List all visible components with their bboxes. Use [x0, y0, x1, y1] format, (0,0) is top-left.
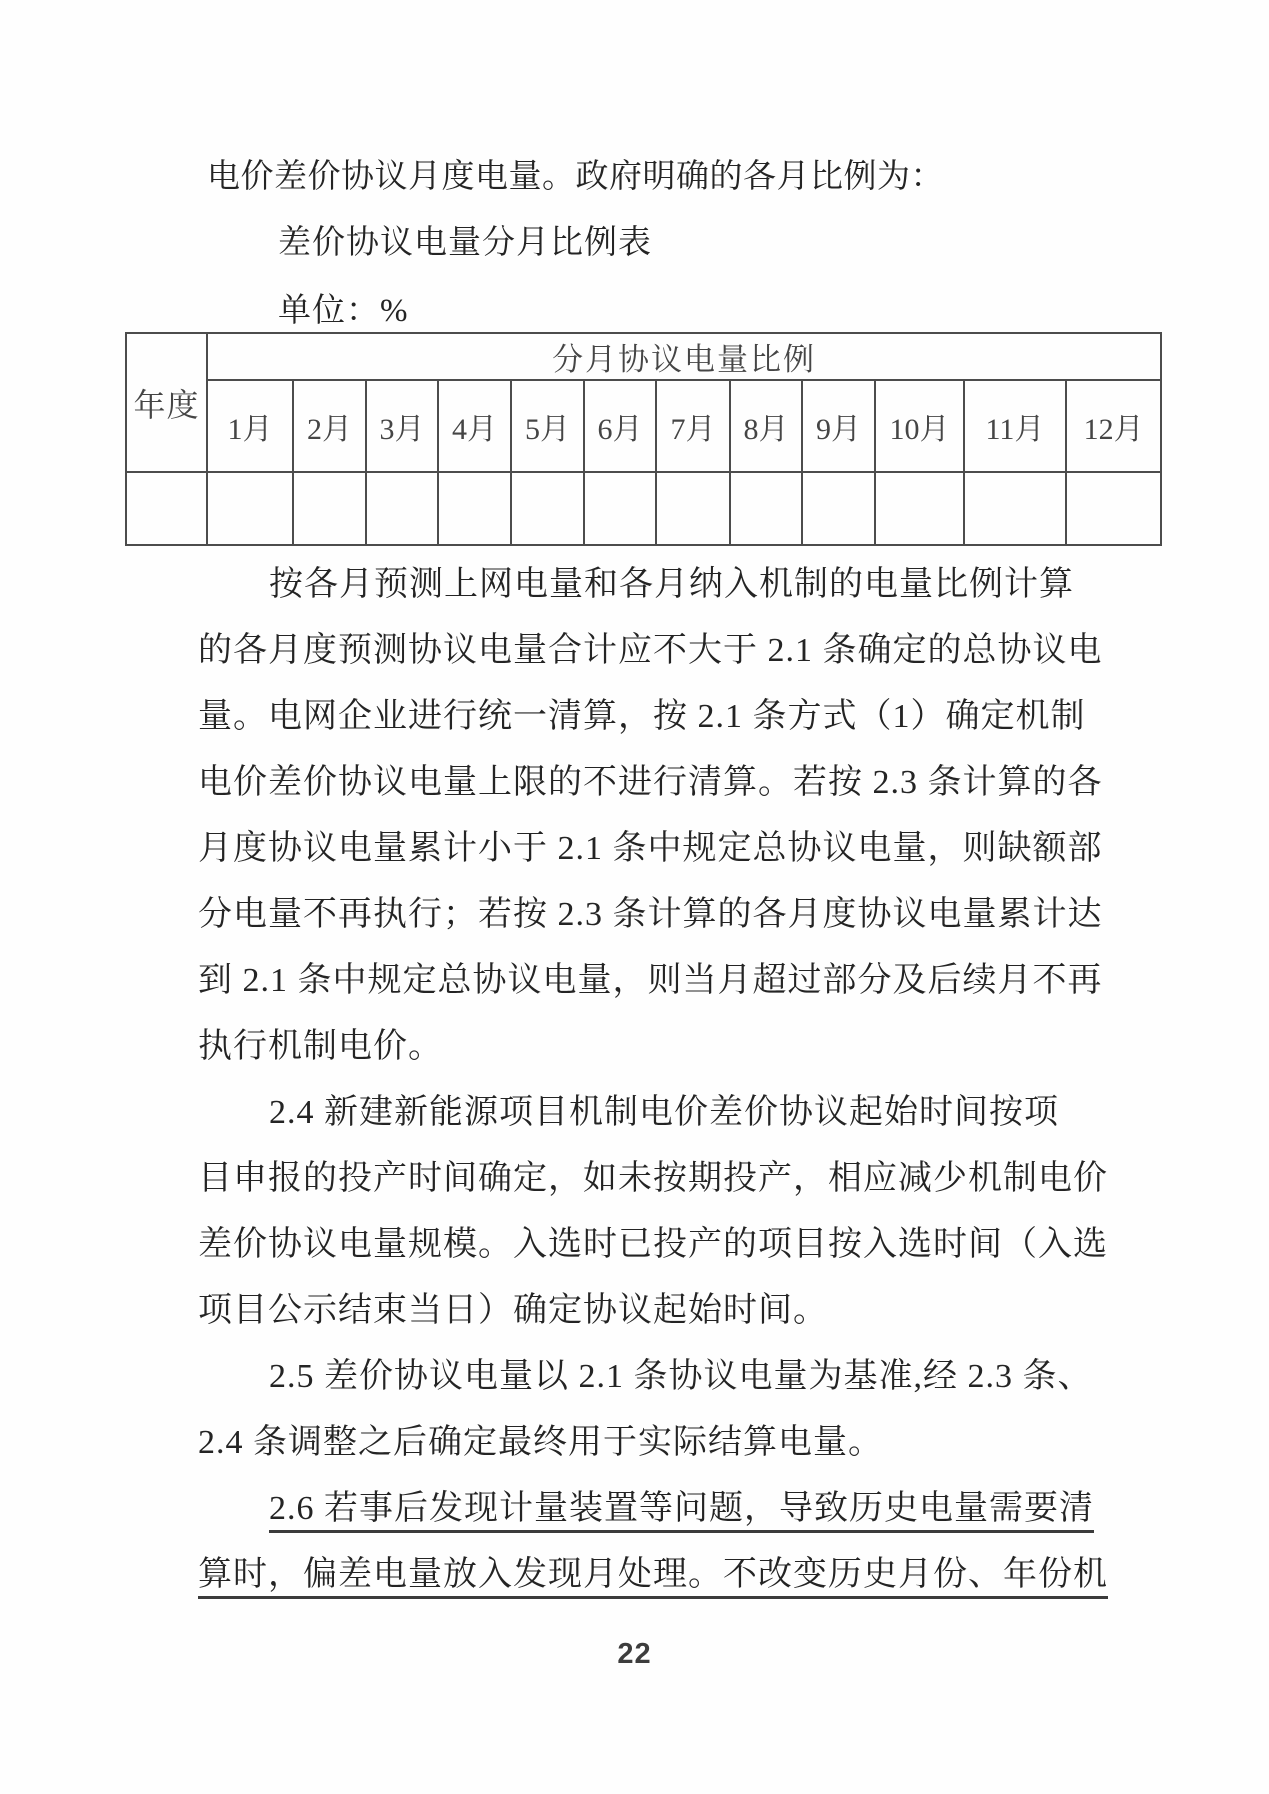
body-line: 月度协议电量累计小于 2.1 条中规定总协议电量，则缺额部 [198, 816, 1138, 882]
body-line: 的各月度预测协议电量合计应不大于 2.1 条确定的总协议电 [198, 618, 1138, 684]
monthly-ratio-table: 年度 分月协议电量比例 1月 2月 3月 4月 5月 6月 7月 8月 9月 1… [125, 332, 1162, 546]
empty-data-cell [207, 472, 293, 545]
table-title: 差价协议电量分月比例表 [278, 216, 652, 263]
body-line-section-2-6: 2.6 若事后发现计量装置等问题，导致历史电量需要清 [198, 1476, 1138, 1542]
month-header-cell: 11月 [964, 380, 1066, 472]
table-row: 年度 分月协议电量比例 [126, 333, 1161, 380]
empty-data-cell [1066, 472, 1161, 545]
empty-data-cell [656, 472, 730, 545]
month-header-cell: 4月 [438, 380, 511, 472]
empty-data-cell [875, 472, 964, 545]
empty-data-cell [126, 472, 207, 545]
empty-data-cell [366, 472, 438, 545]
empty-data-cell [584, 472, 656, 545]
month-header-cell: 5月 [511, 380, 584, 472]
empty-data-cell [511, 472, 584, 545]
body-line: 到 2.1 条中规定总协议电量，则当月超过部分及后续月不再 [198, 948, 1138, 1014]
body-line: 2.4 条调整之后确定最终用于实际结算电量。 [198, 1410, 1138, 1476]
month-header-cell: 12月 [1066, 380, 1161, 472]
empty-data-cell [438, 472, 511, 545]
intro-paragraph-line: 电价差价协议月度电量。政府明确的各月比例为： [207, 150, 944, 197]
body-line: 项目公示结束当日）确定协议起始时间。 [198, 1278, 1138, 1344]
month-header-cell: 1月 [207, 380, 293, 472]
body-line: 差价协议电量规模。入选时已投产的项目按入选时间（入选 [198, 1212, 1138, 1278]
month-header-cell: 2月 [293, 380, 366, 472]
month-header-cell: 8月 [730, 380, 802, 472]
empty-data-cell [730, 472, 802, 545]
document-page: 电价差价协议月度电量。政府明确的各月比例为： 差价协议电量分月比例表 单位：% … [0, 0, 1269, 1794]
group-header-cell: 分月协议电量比例 [207, 333, 1161, 380]
year-header-cell: 年度 [126, 333, 207, 472]
empty-data-cell [802, 472, 875, 545]
body-line: 量。电网企业进行统一清算，按 2.1 条方式（1）确定机制 [198, 684, 1138, 750]
body-line: 按各月预测上网电量和各月纳入机制的电量比例计算 [198, 552, 1138, 618]
month-header-cell: 3月 [366, 380, 438, 472]
month-header-cell: 10月 [875, 380, 964, 472]
page-number: 22 [0, 1638, 1269, 1671]
body-text-block: 按各月预测上网电量和各月纳入机制的电量比例计算 的各月度预测协议电量合计应不大于… [198, 552, 1138, 1608]
body-line-section-2-4: 2.4 新建新能源项目机制电价差价协议起始时间按项 [198, 1080, 1138, 1146]
body-line: 分电量不再执行；若按 2.3 条计算的各月度协议电量累计达 [198, 882, 1138, 948]
unit-label: 单位：% [278, 284, 409, 331]
table-row [126, 472, 1161, 545]
body-line: 执行机制电价。 [198, 1014, 1138, 1080]
table-row: 1月 2月 3月 4月 5月 6月 7月 8月 9月 10月 11月 12月 [126, 380, 1161, 472]
body-line: 电价差价协议电量上限的不进行清算。若按 2.3 条计算的各 [198, 750, 1138, 816]
body-line: 目申报的投产时间确定，如未按期投产，相应减少机制电价 [198, 1146, 1138, 1212]
body-line-section-2-5: 2.5 差价协议电量以 2.1 条协议电量为基准,经 2.3 条、 [198, 1344, 1138, 1410]
empty-data-cell [964, 472, 1066, 545]
empty-data-cell [293, 472, 366, 545]
body-line: 算时，偏差电量放入发现月处理。不改变历史月份、年份机 [198, 1542, 1138, 1608]
month-header-cell: 6月 [584, 380, 656, 472]
month-header-cell: 7月 [656, 380, 730, 472]
month-header-cell: 9月 [802, 380, 875, 472]
